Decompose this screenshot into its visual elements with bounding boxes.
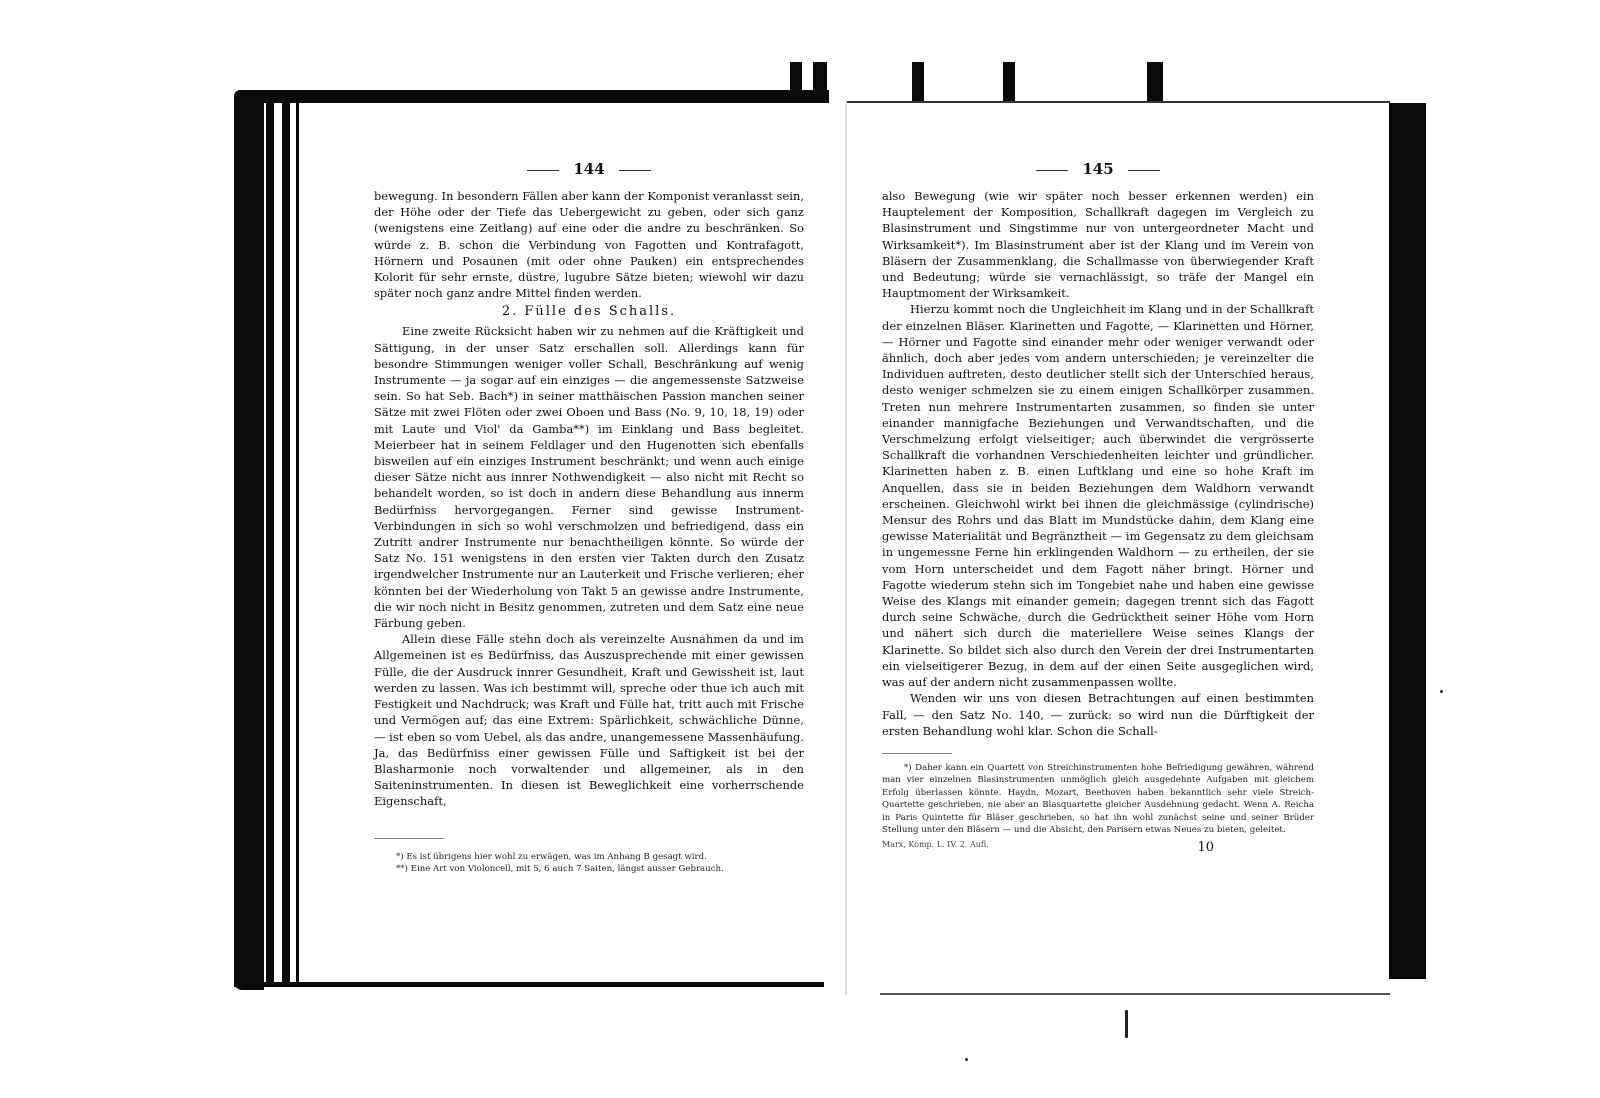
signature-mark: Marx, Komp. L. IV. 2. Aufl.	[882, 840, 989, 855]
footnote: **) Eine Art von Violoncell, mit 5, 6 au…	[374, 863, 804, 875]
book-cover-right-edge	[1389, 103, 1426, 979]
footnote-divider	[374, 838, 444, 839]
scan-artifact	[1147, 62, 1163, 102]
page-number: 145	[882, 160, 1314, 182]
paragraph: Hierzu kommt noch die Ungleichheit im Kl…	[882, 301, 1314, 690]
page-top-edge-line	[845, 101, 1390, 103]
printer-signature: Marx, Komp. L. IV. 2. Aufl. 10	[882, 840, 1314, 855]
footnote: *) Daher kann ein Quartett von Streichin…	[882, 762, 1314, 836]
scan-speck	[965, 1058, 968, 1061]
page-bottom-edge-line	[880, 993, 1390, 995]
page-stack-edge	[282, 100, 290, 985]
paragraph: bewegung. In besondern Fällen aber kann …	[374, 188, 804, 301]
left-page: 144 bewegung. In besondern Fällen aber k…	[374, 160, 804, 875]
footnote-divider	[882, 753, 952, 754]
scan-speck	[1440, 690, 1443, 693]
scan-speck	[1125, 1010, 1128, 1038]
page-stack-edge	[296, 100, 299, 985]
scan-artifact	[790, 62, 802, 102]
scan-artifact	[1003, 62, 1015, 102]
footnotes: *) Daher kann ein Quartett von Streichin…	[882, 762, 1314, 836]
scan-artifact	[813, 62, 827, 102]
book-bottom-edge	[234, 982, 824, 987]
paragraph: also Bewegung (wie wir später noch besse…	[882, 188, 1314, 301]
paragraph: Wenden wir uns von diesen Betrachtungen …	[882, 690, 1314, 739]
book-cover-left-edge	[234, 96, 264, 990]
body-text: also Bewegung (wie wir später noch besse…	[882, 188, 1314, 739]
right-page: 145 also Bewegung (wie wir später noch b…	[882, 160, 1314, 855]
book-gutter	[845, 100, 847, 995]
page-stack-edge	[266, 100, 274, 985]
footnotes: *) Es ist übrigens hier wohl zu erwägen,…	[374, 851, 804, 876]
paragraph: Eine zweite Rücksicht haben wir zu nehme…	[374, 323, 804, 631]
page-number: 144	[374, 160, 804, 182]
body-text: bewegung. In besondern Fällen aber kann …	[374, 188, 804, 810]
signature-number: 10	[1197, 840, 1214, 855]
book-top-edge	[234, 90, 829, 103]
scan-artifact	[912, 62, 924, 102]
footnote: *) Es ist übrigens hier wohl zu erwägen,…	[374, 851, 804, 863]
section-heading: 2. Fülle des Schalls.	[374, 304, 804, 319]
paragraph: Allein diese Fälle stehn doch als verein…	[374, 631, 804, 809]
